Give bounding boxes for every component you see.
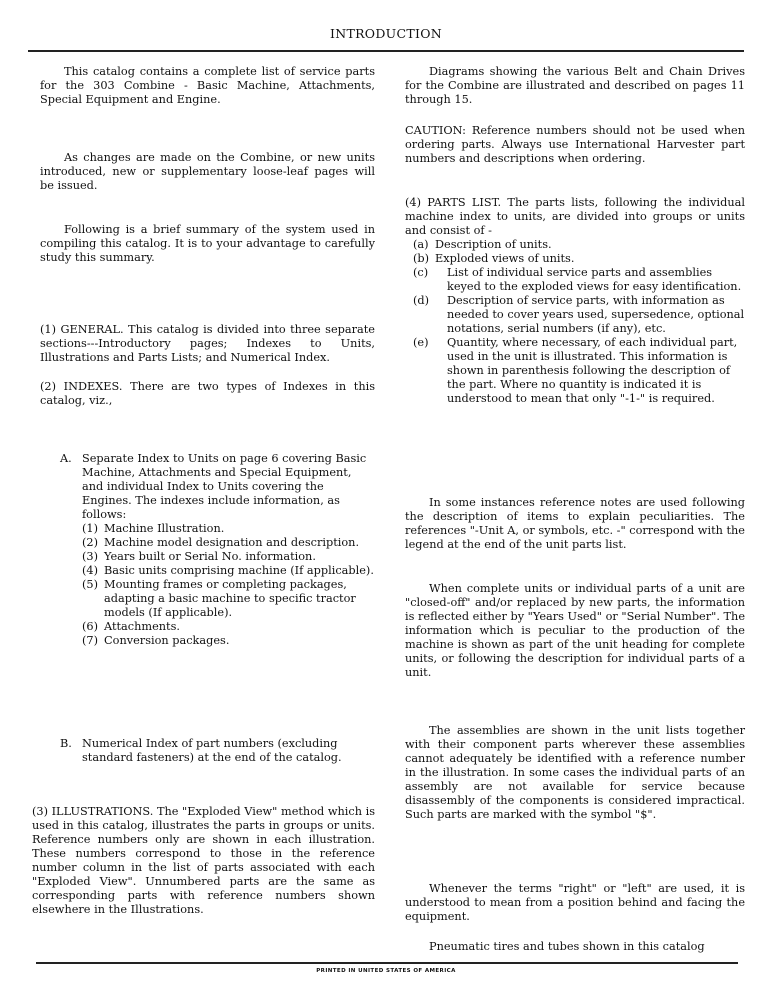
list-item: (1)Machine Illustration.	[82, 522, 375, 536]
section-indexes: (2) INDEXES. There are two types of Inde…	[40, 380, 375, 408]
index-b-label: B.	[60, 737, 72, 751]
section-parts-list: (4) PARTS LIST. The parts lists, followi…	[405, 196, 745, 238]
right-left-paragraph: Whenever the terms "right" or "left" are…	[405, 882, 745, 924]
index-a-text: Separate Index to Units on page 6 coveri…	[82, 452, 375, 522]
index-a: A. Separate Index to Units on page 6 cov…	[60, 452, 375, 648]
header-rule	[28, 50, 744, 52]
caution-paragraph: CAUTION: Reference numbers should not be…	[405, 124, 745, 166]
page-title: INTRODUCTION	[0, 26, 772, 41]
list-item: (6)Attachments.	[82, 620, 375, 634]
intro-paragraph-2: As changes are made on the Combine, or n…	[40, 151, 375, 193]
index-b: B. Numerical Index of part numbers (excl…	[60, 737, 375, 765]
list-item: (7)Conversion packages.	[82, 634, 375, 648]
intro-paragraph-1: This catalog contains a complete list of…	[40, 65, 375, 107]
footer-imprint: PRINTED IN UNITED STATES OF AMERICA	[0, 968, 772, 974]
list-item: (a)Description of units.	[413, 238, 745, 252]
list-item: (4)Basic units comprising machine (If ap…	[82, 564, 375, 578]
diagrams-paragraph: Diagrams showing the various Belt and Ch…	[405, 65, 745, 107]
index-b-text: Numerical Index of part numbers (excludi…	[82, 737, 375, 765]
reference-notes-paragraph: In some instances reference notes are us…	[405, 496, 745, 552]
list-item: (c)List of individual service parts and …	[413, 266, 745, 294]
list-item: (2)Machine model designation and descrip…	[82, 536, 375, 550]
index-a-list: (1)Machine Illustration. (2)Machine mode…	[60, 522, 375, 648]
list-item: (e)Quantity, where necessary, of each in…	[413, 336, 745, 406]
list-item: (d)Description of service parts, with in…	[413, 294, 745, 336]
parts-list-items: (a)Description of units. (b)Exploded vie…	[413, 238, 745, 406]
list-item: (b)Exploded views of units.	[413, 252, 745, 266]
footer-rule	[36, 962, 738, 964]
list-item: (3)Years built or Serial No. information…	[82, 550, 375, 564]
closed-off-paragraph: When complete units or individual parts …	[405, 582, 745, 680]
list-item: (5)Mounting frames or completing package…	[82, 578, 375, 620]
pneumatic-paragraph: Pneumatic tires and tubes shown in this …	[405, 940, 745, 954]
section-general: (1) GENERAL. This catalog is divided int…	[40, 323, 375, 365]
index-a-label: A.	[60, 452, 72, 466]
section-illustrations: (3) ILLUSTRATIONS. The "Exploded View" m…	[32, 805, 375, 917]
assemblies-paragraph: The assemblies are shown in the unit lis…	[405, 724, 745, 822]
intro-paragraph-3: Following is a brief summary of the syst…	[40, 223, 375, 265]
